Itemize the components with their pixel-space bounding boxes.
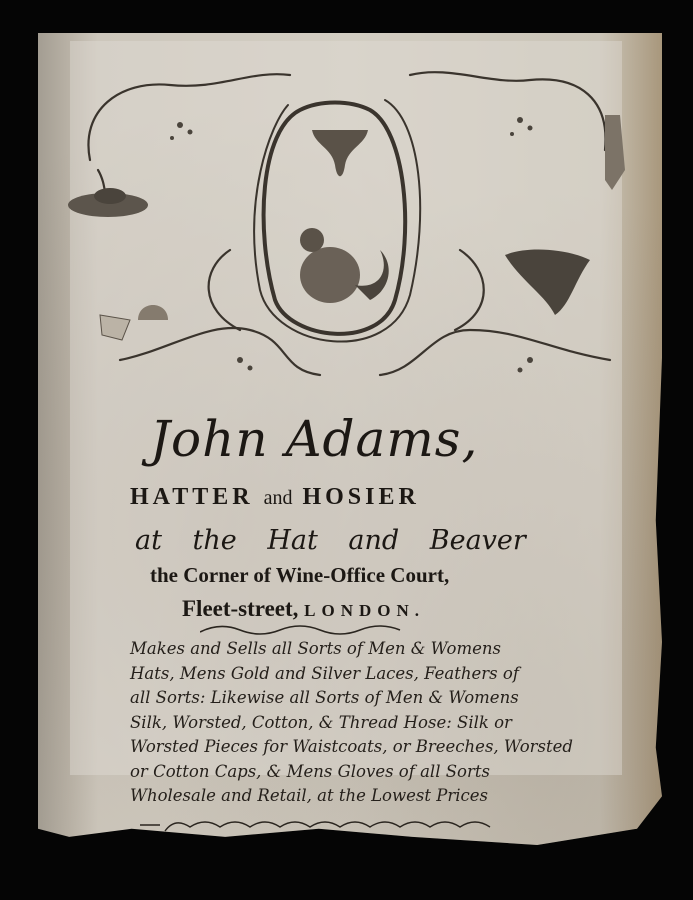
- shop-sign-line: at the Hat and Beaver: [135, 525, 526, 556]
- address-line-2: Fleet-street, LONDON.: [182, 596, 425, 622]
- description-line: Wholesale and Retail, at the Lowest Pric…: [130, 784, 630, 809]
- description-line: Worsted Pieces for Waistcoats, or Breech…: [130, 735, 630, 760]
- trade-hosier: HOSIER: [302, 484, 419, 510]
- trade-hatter: HATTER: [130, 484, 254, 510]
- proprietor-name: John Adams,: [150, 410, 478, 468]
- description-line: Makes and Sells all Sorts of Men & Women…: [130, 637, 630, 662]
- flourish-divider: [200, 622, 420, 636]
- description-block: Makes and Sells all Sorts of Men & Women…: [130, 637, 630, 809]
- bottom-flourish: [140, 815, 500, 837]
- trade-title: HATTER and HOSIER: [130, 484, 420, 511]
- street-name: Fleet-street,: [182, 596, 298, 621]
- description-line: Silk, Worsted, Cotton, & Thread Hose: Si…: [130, 711, 630, 736]
- city-name: LONDON.: [304, 601, 425, 620]
- trade-connector: and: [264, 487, 293, 509]
- description-line: or Cotton Caps, & Mens Gloves of all Sor…: [130, 760, 630, 785]
- description-line: Hats, Mens Gold and Silver Laces, Feathe…: [130, 662, 630, 687]
- description-line: all Sorts: Likewise all Sorts of Men & W…: [130, 686, 630, 711]
- address-line-1: the Corner of Wine-Office Court,: [150, 563, 449, 588]
